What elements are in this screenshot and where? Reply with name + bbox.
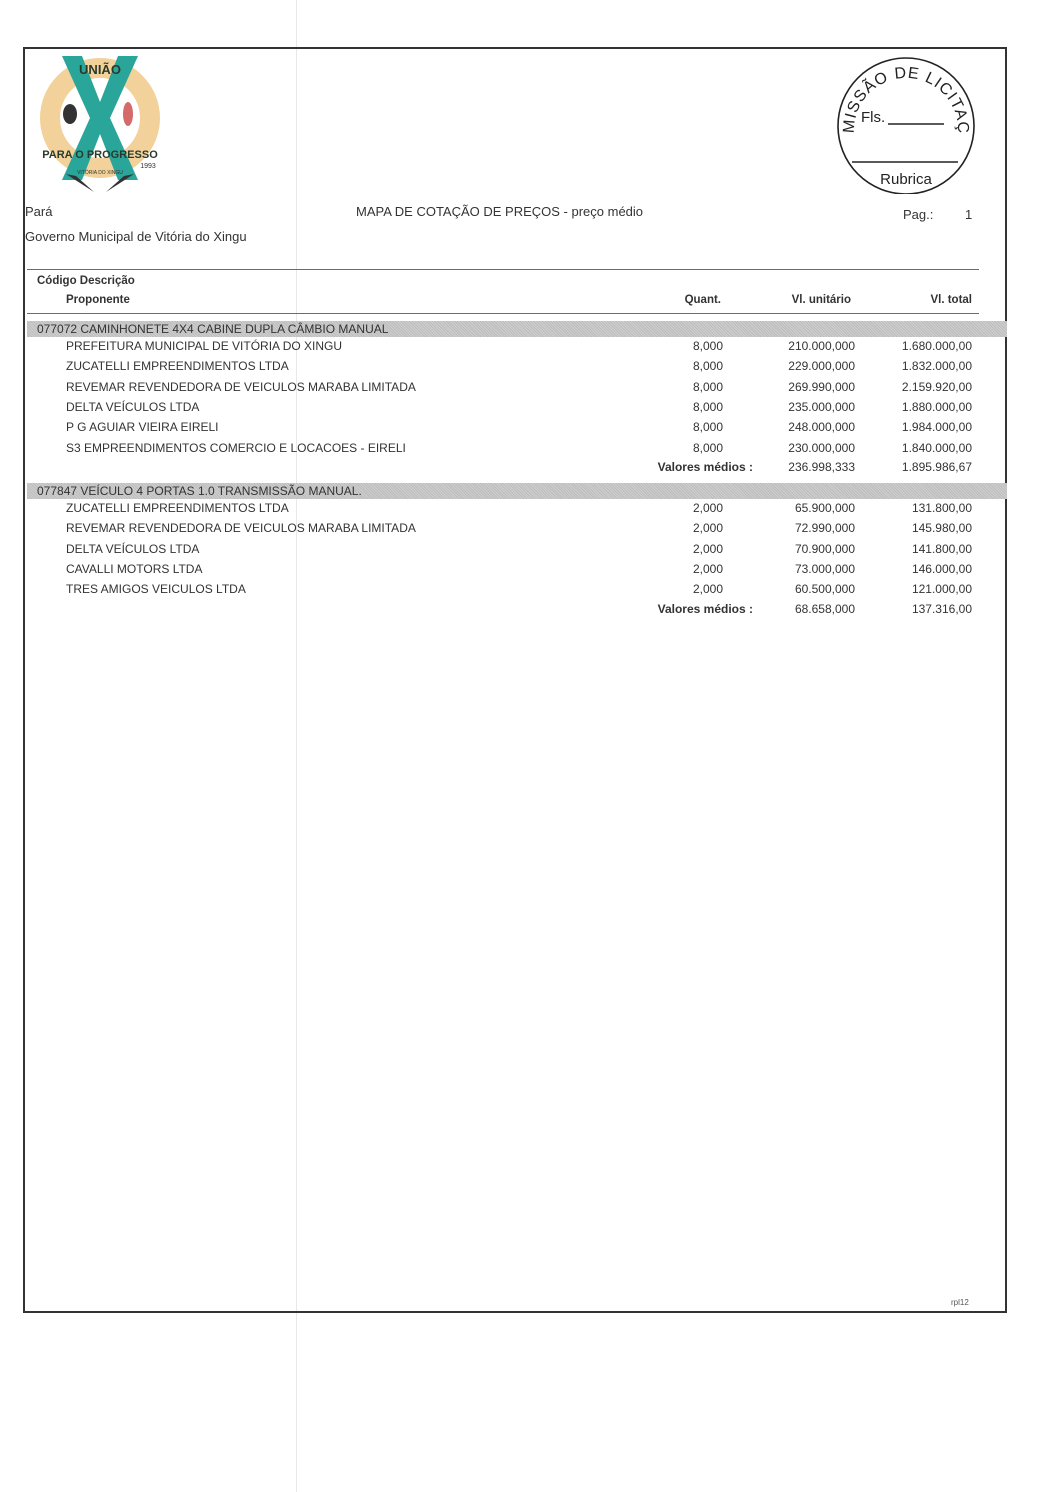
unit-value-cell: 65.900,000: [795, 501, 855, 515]
proponent-name: TRES AMIGOS VEICULOS LTDA: [66, 582, 246, 596]
svg-text:PARA O PROGRESSO: PARA O PROGRESSO: [42, 149, 158, 161]
total-value-cell: 2.159.920,00: [902, 380, 972, 394]
unit-value-cell: 210.000,000: [788, 339, 855, 353]
proponent-name: ZUCATELLI EMPREENDIMENTOS LTDA: [66, 501, 289, 515]
unit-value-cell: 70.900,000: [795, 542, 855, 556]
total-value-cell: 1.840.000,00: [902, 441, 972, 455]
total-value-cell: 145.980,00: [912, 521, 972, 535]
column-header-code-description: Código Descrição: [37, 275, 135, 287]
stamp-arc-text: COMISSÃO DE LICITAÇÃO: [836, 52, 971, 134]
column-header-proponent: Proponente: [66, 294, 130, 306]
total-value-cell: 146.000,00: [912, 562, 972, 576]
average-label: Valores médios :: [658, 602, 753, 616]
state-label: Pará: [25, 204, 52, 219]
table-row: PREFEITURA MUNICIPAL DE VITÓRIA DO XINGU…: [27, 339, 979, 357]
municipal-emblem-logo: UNIÃO PARA O PROGRESSO VITÓRIA DO XINGU …: [36, 52, 164, 194]
government-label: Governo Municipal de Vitória do Xingu: [25, 229, 247, 244]
proponent-name: DELTA VEÍCULOS LTDA: [66, 400, 199, 414]
total-value-cell: 1.984.000,00: [902, 420, 972, 434]
quantity-cell: 8,000: [693, 400, 723, 414]
quantity-cell: 2,000: [693, 521, 723, 535]
quantity-cell: 8,000: [693, 441, 723, 455]
unit-value-cell: 72.990,000: [795, 521, 855, 535]
logo-top-text: UNIÃO: [79, 62, 121, 77]
item-group-header: 077072 CAMINHONETE 4X4 CABINE DUPLA CÂMB…: [27, 321, 1007, 337]
unit-value-cell: 73.000,000: [795, 562, 855, 576]
table-row: ZUCATELLI EMPREENDIMENTOS LTDA2,00065.90…: [27, 501, 979, 519]
proponent-name: DELTA VEÍCULOS LTDA: [66, 542, 199, 556]
stamp-fls-label: Fls.: [861, 109, 885, 126]
total-value-cell: 1.880.000,00: [902, 400, 972, 414]
proponent-name: S3 EMPREENDIMENTOS COMERCIO E LOCACOES -…: [66, 441, 406, 455]
proponent-name: REVEMAR REVENDEDORA DE VEICULOS MARABA L…: [66, 380, 416, 394]
report-title: MAPA DE COTAÇÃO DE PREÇOS - preço médio: [356, 204, 643, 219]
licitacao-stamp: COMISSÃO DE LICITAÇÃO Fls. Rubrica: [836, 52, 976, 194]
quantity-cell: 2,000: [693, 542, 723, 556]
unit-value-cell: 269.990,000: [788, 380, 855, 394]
table-row: CAVALLI MOTORS LTDA2,00073.000,000146.00…: [27, 562, 979, 580]
quantity-cell: 8,000: [693, 339, 723, 353]
average-row: Valores médios :68.658,000137.316,00: [27, 602, 979, 620]
column-header-total-value: Vl. total: [930, 294, 972, 306]
header-divider: [27, 269, 979, 270]
total-value-cell: 1.832.000,00: [902, 359, 972, 373]
quantity-cell: 8,000: [693, 420, 723, 434]
unit-value-cell: 235.000,000: [788, 400, 855, 414]
logo-bottom-text: VITÓRIA DO XINGU: [77, 169, 123, 176]
column-header-quantity: Quant.: [685, 294, 721, 306]
average-row: Valores médios :236.998,3331.895.986,67: [27, 460, 979, 478]
quantity-cell: 8,000: [693, 359, 723, 373]
item-code-description: 077072 CAMINHONETE 4X4 CABINE DUPLA CÂMB…: [37, 322, 388, 336]
average-unit-value: 68.658,000: [795, 602, 855, 616]
svg-text:COMISSÃO DE LICITAÇÃO: COMISSÃO DE LICITAÇÃO: [836, 52, 971, 134]
average-label: Valores médios :: [658, 460, 753, 474]
table-row: REVEMAR REVENDEDORA DE VEICULOS MARABA L…: [27, 380, 979, 398]
quantity-cell: 8,000: [693, 380, 723, 394]
unit-value-cell: 248.000,000: [788, 420, 855, 434]
unit-value-cell: 60.500,000: [795, 582, 855, 596]
total-value-cell: 141.800,00: [912, 542, 972, 556]
proponent-name: PREFEITURA MUNICIPAL DE VITÓRIA DO XINGU: [66, 339, 342, 353]
table-row: ZUCATELLI EMPREENDIMENTOS LTDA8,000229.0…: [27, 359, 979, 377]
quantity-cell: 2,000: [693, 501, 723, 515]
table-row: REVEMAR REVENDEDORA DE VEICULOS MARABA L…: [27, 521, 979, 539]
quantity-cell: 2,000: [693, 582, 723, 596]
proponent-name: REVEMAR REVENDEDORA DE VEICULOS MARABA L…: [66, 521, 416, 535]
unit-value-cell: 230.000,000: [788, 441, 855, 455]
table-row: S3 EMPREENDIMENTOS COMERCIO E LOCACOES -…: [27, 441, 979, 459]
table-row: DELTA VEÍCULOS LTDA2,00070.900,000141.80…: [27, 542, 979, 560]
page-number: 1: [965, 207, 972, 222]
proponent-name: ZUCATELLI EMPREENDIMENTOS LTDA: [66, 359, 289, 373]
column-header-unit-value: Vl. unitário: [792, 294, 851, 306]
proponent-name: CAVALLI MOTORS LTDA: [66, 562, 202, 576]
unit-value-cell: 229.000,000: [788, 359, 855, 373]
quantity-cell: 2,000: [693, 562, 723, 576]
total-value-cell: 1.680.000,00: [902, 339, 972, 353]
average-unit-value: 236.998,333: [788, 460, 855, 474]
table-row: DELTA VEÍCULOS LTDA8,000235.000,0001.880…: [27, 400, 979, 418]
average-total-value: 1.895.986,67: [902, 460, 972, 474]
item-group-header: 077847 VEÍCULO 4 PORTAS 1.0 TRANSMISSÃO …: [27, 483, 1007, 499]
report-code: rpl12: [951, 1298, 969, 1307]
logo-year: 1993: [140, 163, 156, 170]
column-header-divider: [27, 313, 979, 314]
table-row: TRES AMIGOS VEICULOS LTDA2,00060.500,000…: [27, 582, 979, 600]
item-code-description: 077847 VEÍCULO 4 PORTAS 1.0 TRANSMISSÃO …: [37, 484, 362, 498]
proponent-name: P G AGUIAR VIEIRA EIRELI: [66, 420, 219, 434]
table-row: P G AGUIAR VIEIRA EIRELI8,000248.000,000…: [27, 420, 979, 438]
total-value-cell: 121.000,00: [912, 582, 972, 596]
stamp-rubrica-label: Rubrica: [880, 171, 932, 188]
total-value-cell: 131.800,00: [912, 501, 972, 515]
average-total-value: 137.316,00: [912, 602, 972, 616]
page-label: Pag.:: [903, 207, 933, 222]
